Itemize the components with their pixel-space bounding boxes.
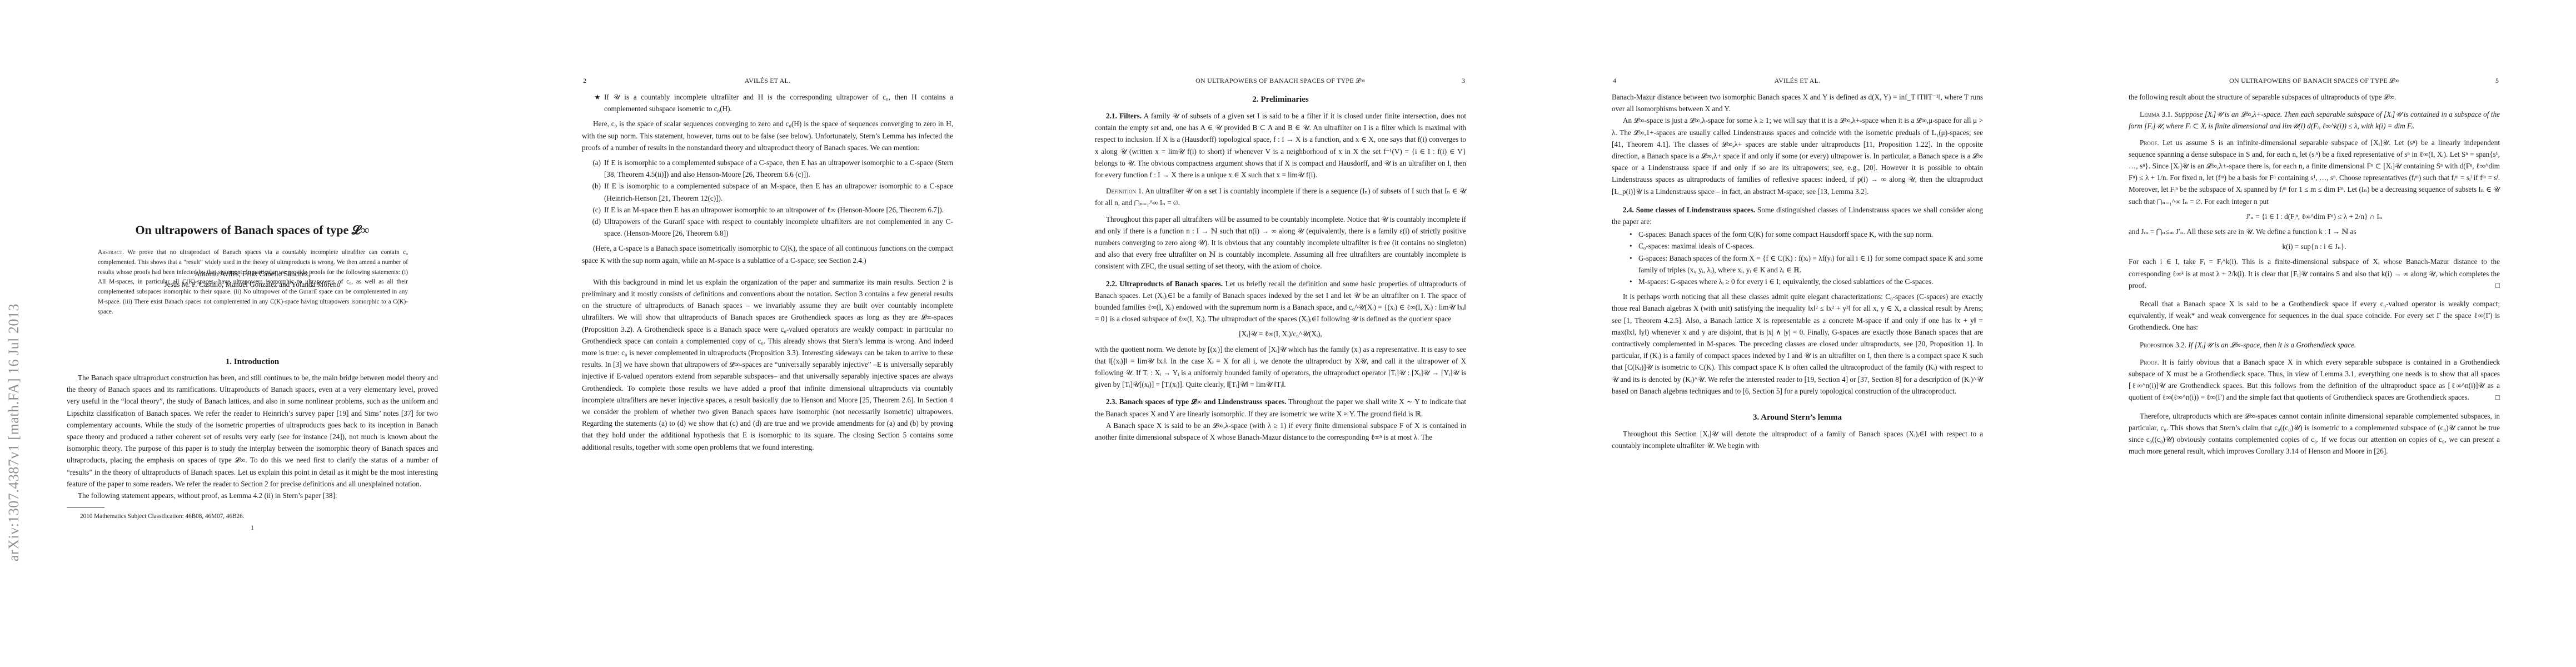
paragraph: Banach-Mazur distance between two isomor…: [1612, 91, 1983, 115]
paragraph: It is perhaps worth noticing that all th…: [1612, 291, 1983, 397]
abstract: Abstract. We prove that no ultraproduct …: [98, 248, 408, 317]
paragraph: Throughout this paper all ultrafilters w…: [1095, 213, 1466, 272]
subsection-text: A family 𝒰 of subsets of a given set I i…: [1095, 112, 1466, 179]
running-head: ON ULTRAPOWERS OF BANACH SPACES OF TYPE …: [1095, 77, 1466, 85]
list-item: • C-spaces: Banach spaces of the form C(…: [1612, 228, 1983, 240]
list-item: • G-spaces: Banach spaces of the form X …: [1612, 252, 1983, 276]
page-4: 4 AVILÉS ET AL. Banach-Mazur distance be…: [1546, 0, 2061, 667]
proof-proposition-3-2: Proof. It is fairly obvious that a Banac…: [2129, 356, 2500, 404]
footnote-msc: 2010 Mathematics Subject Classification:…: [67, 511, 438, 522]
bullet-icon: •: [1630, 252, 1632, 264]
subsection-ultraproducts: 2.2. Ultraproducts of Banach spaces. Let…: [1095, 278, 1466, 325]
proof-lemma-3-1: Proof. Let us assume S is an infinite-di…: [2129, 137, 2500, 207]
list-item-text: G-spaces: Banach spaces of the form X = …: [1638, 254, 1983, 274]
paragraph: and Jₘ = ⋂ₙ≤ₘ J′ₙ. All these sets are in…: [2129, 226, 2500, 237]
classes-list: • C-spaces: Banach spaces of the form C(…: [1612, 228, 1983, 287]
paragraph: A Banach space X is said to be an 𝓛∞,λ-s…: [1095, 420, 1466, 443]
proposition-text: If [Xᵢ]𝒰 is an 𝓛∞-space, then it is a Gr…: [2188, 341, 2356, 349]
page-3-body: 2. Preliminaries 2.1. Filters. A family …: [1095, 93, 1466, 443]
abstract-text: We prove that no ultraproduct of Banach …: [98, 249, 408, 315]
page-number: 1: [67, 522, 438, 534]
list-item-text: C-spaces: Banach spaces of the form C(K)…: [1638, 230, 1933, 238]
star-icon: ★: [594, 91, 601, 103]
list-item: (b) If E is isomorphic to a complemented…: [582, 180, 953, 203]
footnote-rule: [67, 507, 104, 507]
page-number: 3: [1462, 77, 1465, 85]
paragraph: Recall that a Banach space X is said to …: [2129, 298, 2500, 333]
lemma-label: Lemma 3.1.: [2140, 110, 2173, 118]
display-equation: [Xᵢ]𝒰 = ℓ∞(I, Xᵢ)/c₀^𝒰(Xᵢ),: [1095, 328, 1466, 340]
definition-label: Definition 1.: [1106, 187, 1144, 195]
bullet-icon: •: [1630, 276, 1632, 287]
list-item-text: If E is isomorphic to a complemented sub…: [604, 158, 953, 178]
subsection-lindenstrauss: 2.3. Banach spaces of type 𝓛∞ and Linden…: [1095, 396, 1466, 419]
proposition-label: Proposition 3.2.: [2140, 341, 2186, 349]
list-item: (c) If E is an M-space then E has an ult…: [582, 204, 953, 216]
paragraph: Therefore, ultraproducts which are 𝓛∞-sp…: [2129, 410, 2500, 457]
page-number: 5: [2495, 77, 2499, 85]
abstract-label: Abstract.: [98, 249, 124, 256]
page-2: 2 AVILÉS ET AL. ★ If 𝒰 is a countably in…: [515, 0, 1030, 667]
stern-lemma-statement: ★ If 𝒰 is a countably incomplete ultrafi…: [582, 91, 953, 115]
page-1-title-block: On ultrapowers of Banach spaces of type …: [67, 222, 438, 238]
page-5: ON ULTRAPOWERS OF BANACH SPACES OF TYPE …: [2061, 0, 2576, 667]
claims-list: (a) If E is isomorphic to a complemented…: [582, 157, 953, 239]
subsection-classes: 2.4. Some classes of Lindenstrauss space…: [1612, 204, 1983, 227]
intro-paragraph-2: The following statement appears, without…: [67, 490, 438, 501]
list-item-text: M-spaces: G-spaces where λᵢ ≥ 0 for ever…: [1638, 277, 1933, 286]
proposition-3-2: Proposition 3.2. If [Xᵢ]𝒰 is an 𝓛∞-space…: [2129, 339, 2500, 351]
page-5-body: the following result about the structure…: [2129, 91, 2500, 457]
section-heading-introduction: 1. Introduction: [67, 356, 438, 368]
list-item-label: (d): [582, 216, 601, 227]
list-item: (d) Ultrapowers of the Gurariĭ space wit…: [582, 216, 953, 239]
section-heading-preliminaries: 2. Preliminaries: [1095, 93, 1466, 106]
paragraph: with the quotient norm. We denote by [(x…: [1095, 344, 1466, 391]
paragraph: the following result about the structure…: [2129, 91, 2500, 103]
lemma-text: Supppose [Xᵢ]𝒰 is an 𝓛∞,λ+-space. Then e…: [2129, 110, 2500, 130]
intro-paragraph-1: The Banach space ultraproduct constructi…: [67, 372, 438, 490]
page-1: arXiv:1307.4387v1 [math.FA] 16 Jul 2013 …: [0, 0, 515, 667]
list-item-text: If E is isomorphic to a complemented sub…: [604, 182, 953, 202]
list-item: • C₀-spaces: maximal ideals of C-spaces.: [1612, 240, 1983, 252]
section-heading-sterns-lemma: 3. Around Stern’s lemma: [1612, 411, 1983, 424]
qed-icon: □: [2484, 391, 2500, 403]
list-item-label: (a): [582, 157, 601, 168]
subsection-filters: 2.1. Filters. A family 𝒰 of subsets of a…: [1095, 110, 1466, 181]
proof-text: It is fairly obvious that a Banach space…: [2129, 358, 2500, 402]
definition-text: An ultrafilter 𝒰 on a set I is countably…: [1095, 187, 1466, 207]
list-item: • M-spaces: G-spaces where λᵢ ≥ 0 for ev…: [1612, 276, 1983, 287]
subsection-heading: 2.2. Ultraproducts of Banach spaces.: [1106, 280, 1223, 288]
definition-1: Definition 1. An ultrafilter 𝒰 on a set …: [1095, 185, 1466, 208]
bullet-icon: •: [1630, 240, 1632, 252]
paragraph: Throughout this Section [Xᵢ]𝒰 will denot…: [1612, 428, 1983, 451]
proof-text: Let us assume S is an infinite-dimension…: [2129, 138, 2500, 206]
stern-lemma-text: If 𝒰 is a countably incomplete ultrafilt…: [604, 93, 953, 113]
page-3: ON ULTRAPOWERS OF BANACH SPACES OF TYPE …: [1030, 0, 1546, 667]
subsection-heading: 2.3. Banach spaces of type 𝓛∞ and Linden…: [1106, 397, 1287, 406]
list-item-text: If E is an M-space then E has an ultrapo…: [604, 206, 944, 214]
paragraph: Here, c₀ is the space of scalar sequence…: [582, 118, 953, 153]
paper-title: On ultrapowers of Banach spaces of type …: [67, 222, 438, 238]
arxiv-stamp[interactable]: arXiv:1307.4387v1 [math.FA] 16 Jul 2013: [6, 303, 22, 561]
list-item-label: (b): [582, 180, 601, 192]
page-4-body: Banach-Mazur distance between two isomor…: [1612, 91, 1983, 451]
paragraph: With this background in mind let us expl…: [582, 276, 953, 453]
proof-label: Proof.: [2140, 138, 2159, 147]
display-equation: J′ₙ = {i ∈ I : d(Fᵢⁿ, ℓ∞^dim Fⁿ) ≤ λ + 2…: [2129, 211, 2500, 222]
paragraph: For each i ∈ I, take Fᵢ = Fᵢ^k(i). This …: [2129, 256, 2500, 291]
proof-label: Proof.: [2140, 358, 2159, 366]
bullet-icon: •: [1630, 228, 1632, 240]
paragraph: An 𝓛∞-space is just a 𝓛∞,λ-space for som…: [1612, 115, 1983, 197]
page-1-body: 1. Introduction The Banach space ultrapr…: [67, 356, 438, 535]
running-head: AVILÉS ET AL.: [582, 77, 953, 85]
running-head: AVILÉS ET AL.: [1612, 77, 1983, 85]
lemma-3-1: Lemma 3.1. Supppose [Xᵢ]𝒰 is an 𝓛∞,λ+-sp…: [2129, 108, 2500, 132]
subsection-heading: 2.1. Filters.: [1106, 112, 1142, 120]
page-2-body: ★ If 𝒰 is a countably incomplete ultrafi…: [582, 91, 953, 453]
subsection-heading: 2.4. Some classes of Lindenstrauss space…: [1623, 206, 1755, 214]
list-item-text: Ultrapowers of the Gurariĭ space with re…: [604, 217, 953, 237]
qed-icon: □: [2495, 280, 2500, 291]
list-item: (a) If E is isomorphic to a complemented…: [582, 157, 953, 180]
proof-text: For each i ∈ I, take Fᵢ = Fᵢ^k(i). This …: [2129, 257, 2500, 289]
running-head: ON ULTRAPOWERS OF BANACH SPACES OF TYPE …: [2129, 77, 2500, 85]
list-item-label: (c): [582, 204, 601, 216]
display-equation: k(i) = sup{n : i ∈ Jₙ}.: [2129, 241, 2500, 252]
list-item-text: C₀-spaces: maximal ideals of C-spaces.: [1638, 242, 1754, 250]
paragraph: (Here, a C-space is a Banach space isome…: [582, 242, 953, 266]
